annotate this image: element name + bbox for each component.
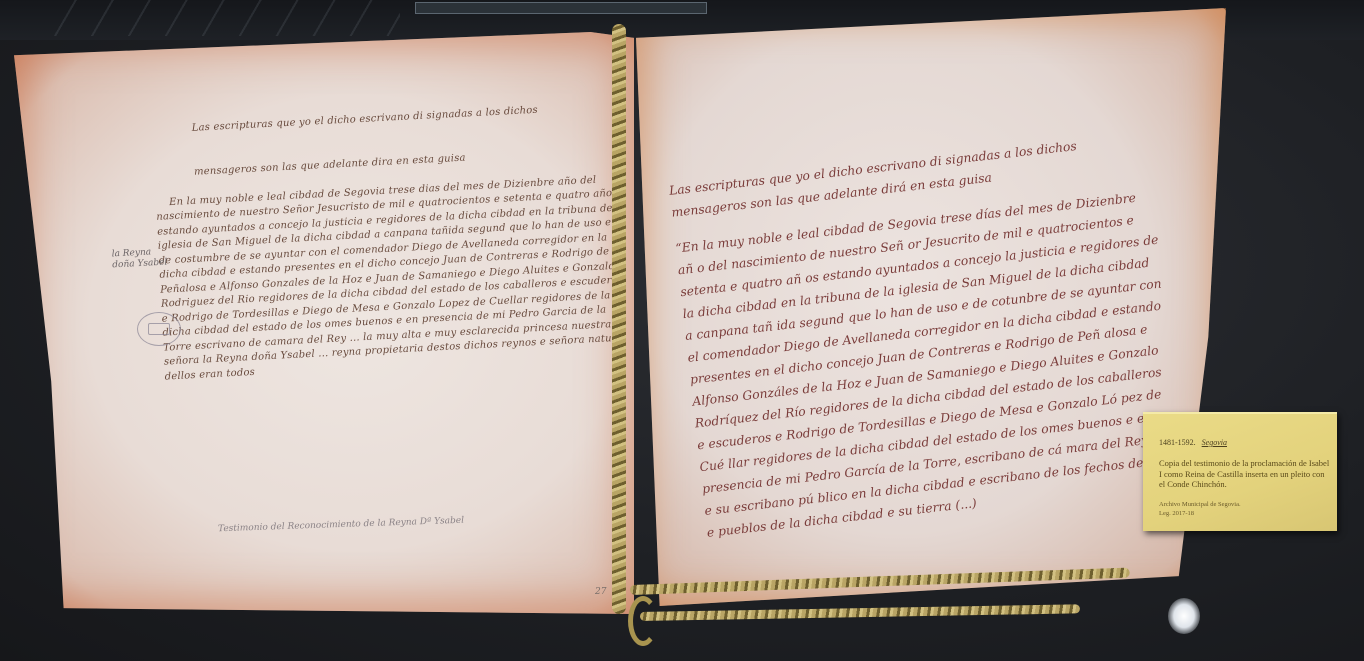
label-title: Copia del testimonio de la proclamación … (1159, 458, 1331, 490)
transcription-text: Las escripturas que yo el dicho escrivan… (668, 128, 1175, 543)
exhibit-label: 1481-1592. Segovia Copia del testimonio … (1143, 412, 1337, 531)
loose-cord-lower (640, 604, 1080, 621)
margin-note: la Reyna doña Ysabel (111, 247, 167, 272)
open-book: Las escripturas que yo el dicho escrivan… (0, 0, 1364, 661)
spotlight-reflection (1168, 598, 1200, 634)
cord-loop (628, 596, 658, 646)
manuscript-body: En la muy noble e leal cibdad de Segovia… (156, 174, 630, 382)
label-date-range: 1481-1592. (1159, 438, 1196, 447)
label-dates: 1481-1592. Segovia (1159, 438, 1227, 447)
page-number: 27 (595, 587, 606, 597)
label-archive-name: Archivo Municipal de Segovia. (1159, 500, 1241, 509)
archive-stamp-icon (137, 312, 181, 346)
label-signature: Segovia (1202, 438, 1227, 447)
manuscript-text: Las escripturas que yo el dicho escrivan… (150, 70, 641, 514)
label-reference: Leg. 2017-18 (1159, 509, 1241, 518)
manuscript-heading-line-1: Las escripturas que yo el dicho escrivan… (152, 99, 622, 138)
label-archive: Archivo Municipal de Segovia. Leg. 2017-… (1159, 500, 1241, 518)
binding-cord (612, 24, 626, 614)
